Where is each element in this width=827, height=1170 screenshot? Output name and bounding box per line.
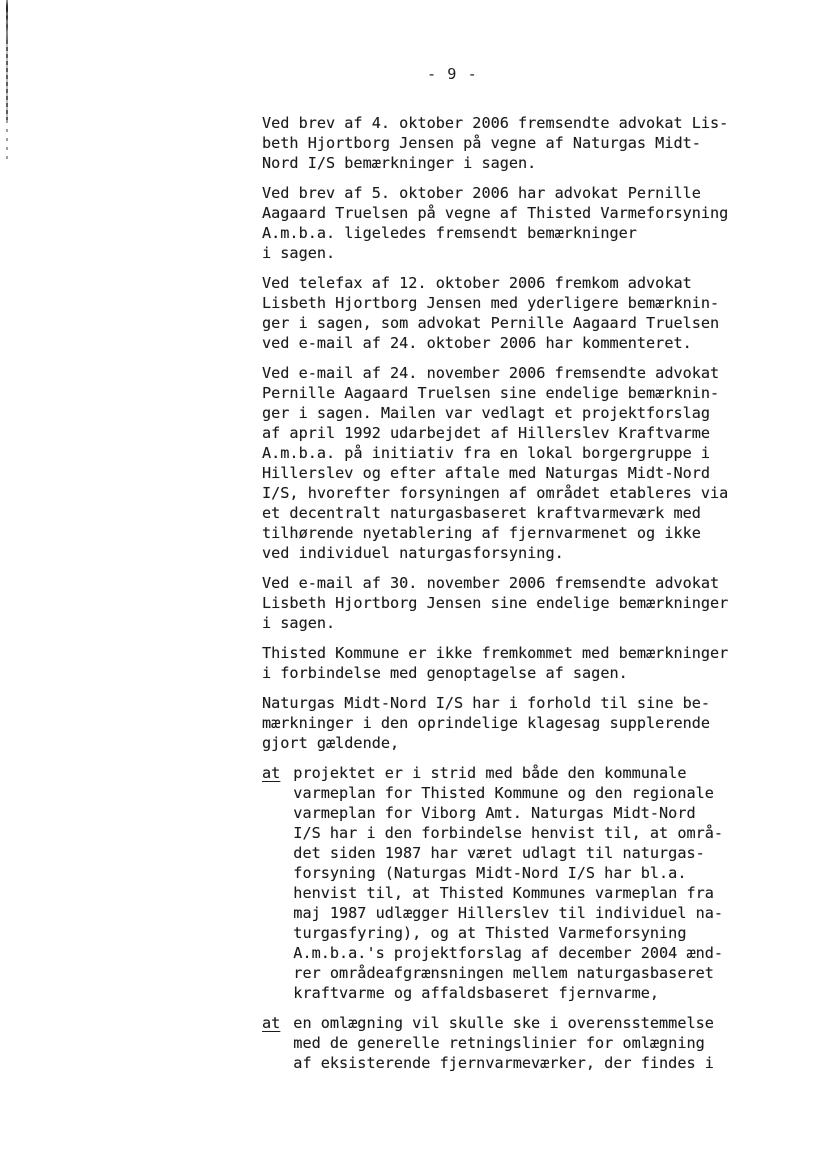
paragraph-naturgas-supplerende: Naturgas Midt-Nord I/S har i forhold til…	[262, 693, 762, 753]
scan-artifact-segment-bottom	[6, 120, 8, 162]
scan-artifact-line	[5, 0, 8, 162]
paragraph-telefax-12-oktober: Ved telefax af 12. oktober 2006 fremkom …	[262, 273, 762, 353]
at-item-2-text: en omlægning vil skulle ske i overensste…	[293, 1013, 714, 1073]
paragraph-thisted-kommune: Thisted Kommune er ikke fremkommet med b…	[262, 643, 762, 683]
scan-artifact-segment-top	[6, 0, 8, 40]
paragraph-email-24-november: Ved e-mail af 24. november 2006 fremsend…	[262, 363, 762, 563]
at-item-1-text: projektet er i strid med både den kommun…	[293, 763, 723, 1003]
scan-artifact-segment-middle	[6, 40, 8, 120]
at-item-1: at projektet er i strid med både den kom…	[262, 763, 762, 1003]
paragraph-letter-4-oktober: Ved brev af 4. oktober 2006 fremsendte a…	[262, 113, 762, 173]
page-number: - 9 -	[427, 64, 478, 84]
at-item-2-marker: at	[262, 1013, 280, 1033]
paragraph-letter-5-oktober: Ved brev af 5. oktober 2006 har advokat …	[262, 183, 762, 263]
paragraph-email-30-november: Ved e-mail af 30. november 2006 fremsend…	[262, 573, 762, 633]
scanned-document-page: - 9 - Ved brev af 4. oktober 2006 fremse…	[0, 0, 827, 1170]
document-body: Ved brev af 4. oktober 2006 fremsendte a…	[262, 113, 762, 1083]
at-item-2: at en omlægning vil skulle ske i overens…	[262, 1013, 762, 1073]
at-item-1-marker: at	[262, 763, 280, 783]
